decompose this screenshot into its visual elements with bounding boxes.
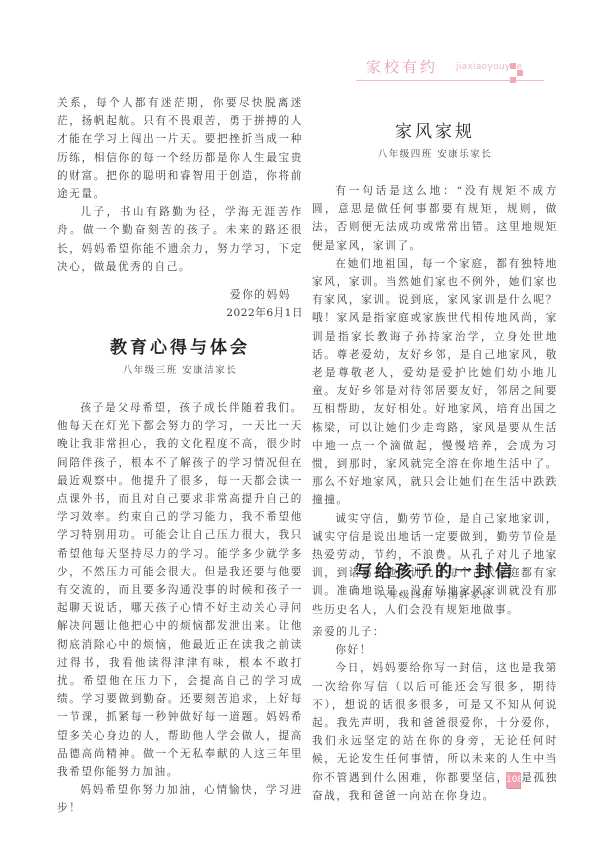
salutation: 亲爱的儿子： <box>312 623 558 641</box>
paragraph: 关系，每个人都有迷茫期，你要尽快脱离迷茫，扬帆起航。只有不畏艰苦，勇于拼搏的人才… <box>57 94 303 203</box>
article-title: 教育心得与体会 <box>57 333 303 358</box>
paragraph: 儿子，书山有路勤为径，学海无涯苦作舟。做一个勤奋刻苦的孩子。未来的路还很长，妈妈… <box>57 203 303 276</box>
article-title: 家风家规 <box>312 117 558 142</box>
paragraph: 孩子是父母希望，孩子成长伴随着我们。他每天在灯光下都会努力的学习，一天比一天晚让… <box>57 399 303 781</box>
section-title: 家校有约 <box>366 56 438 77</box>
greeting: 你好！ <box>312 641 558 659</box>
paragraph: 在她们地祖国，每一个家庭，都有独特地家风，家训。当然她们家也不例外，她们家也有家… <box>312 255 558 510</box>
article-title: 写给孩子的一封信 <box>312 557 558 582</box>
decorative-squares-icon <box>508 63 524 87</box>
article-byline: 八年级四班 安康乐家长 <box>312 146 558 160</box>
left-column-letter-end: 关系，每个人都有迷茫期，你要尽快脱离迷茫，扬帆起航。只有不畏艰苦，勇于拼搏的人才… <box>57 94 303 322</box>
paragraph: 有一句话是这么地：“没有规矩不成方圆，意思是做任何事都要有规矩，规则，做法，否则… <box>312 182 558 255</box>
paragraph: 妈妈希望你努力加油，心情愉快，学习进步！ <box>57 781 303 817</box>
article-byline: 八年级三班 安康洁家长 <box>57 362 303 376</box>
article-body: 孩子是父母希望，孩子成长伴随着我们。他每天在灯光下都会努力的学习，一天比一天晚让… <box>57 399 303 818</box>
page-number: 108 <box>506 772 520 788</box>
article-body: 有一句话是这么地：“没有规矩不成方圆，意思是做任何事都要有规矩，规则，做法，否则… <box>312 182 558 619</box>
letter-date: 2022年6月1日 <box>57 304 303 322</box>
article-byline: 八年级四班 尹雨轩家长 <box>312 587 558 601</box>
signature: 爱你的妈妈 <box>57 286 303 304</box>
